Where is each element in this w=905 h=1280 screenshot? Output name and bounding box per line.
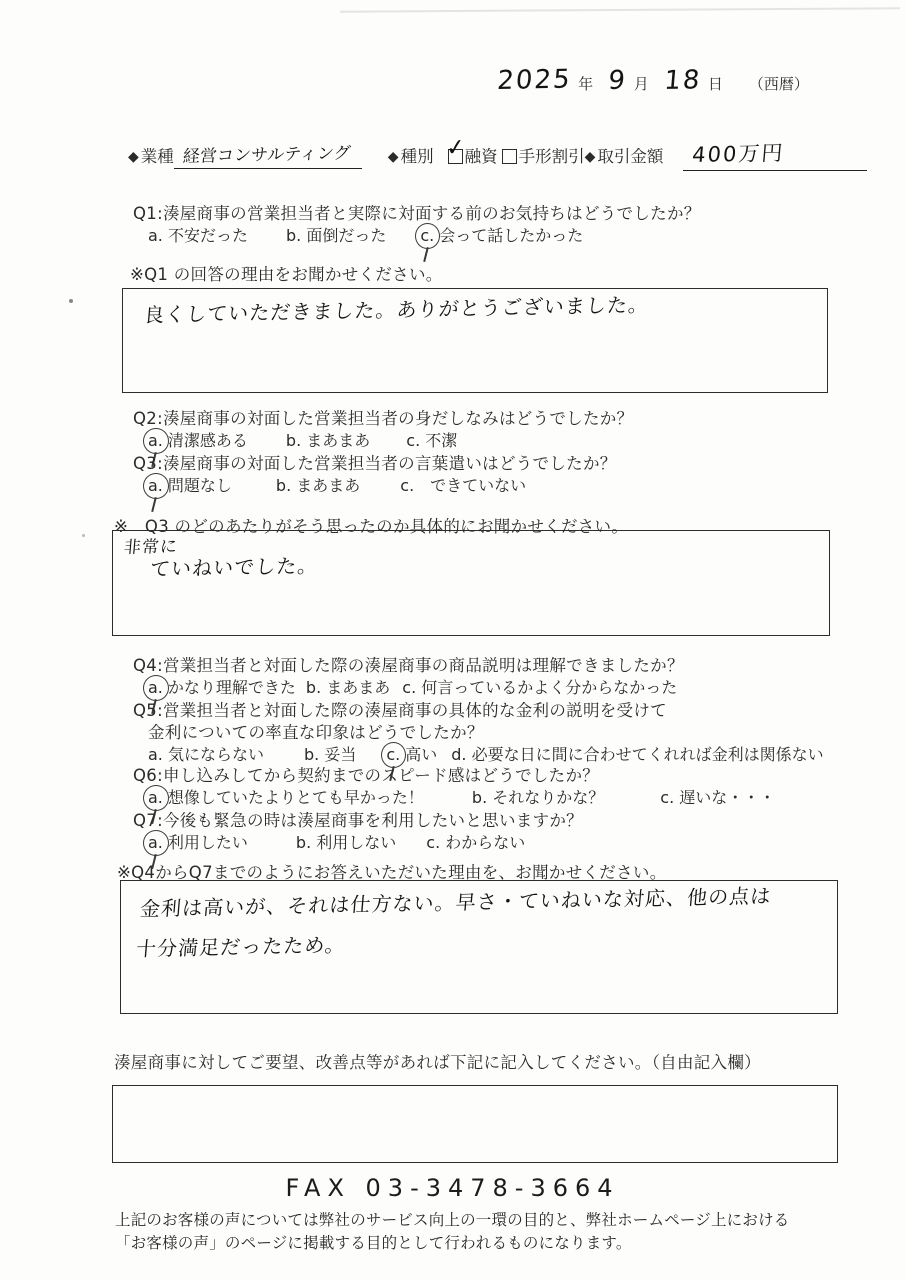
industry-label: 業種 <box>141 143 174 167</box>
option-q3-b: b. まあまあ <box>276 473 360 496</box>
option-q2-c: c. 不潔 <box>406 428 457 451</box>
question-q5-text-line2: 金利についての率直な印象はどうでしたか？ <box>148 719 484 743</box>
loan-option-label: 融資 <box>465 143 498 167</box>
option-label: 想像していたよりとても早かった！ <box>168 788 424 807</box>
footer-note-line2: 「お客様の声」のページに掲載する目的として行われるものになります。 <box>115 1231 632 1253</box>
amount-label: 取引金額 <box>597 143 663 167</box>
scan-noise-dot <box>69 299 73 303</box>
option-key: c. <box>426 833 440 852</box>
option-label: それなりかな？ <box>492 788 604 807</box>
question-q7-text: Q7:今後も緊急の時は湊屋商事を利用したいと思いますか？ <box>133 807 583 831</box>
checkbox-bill-discount-unchecked <box>502 149 517 164</box>
q4-q7-reason-handwritten-line1: 金利は高いが、それは仕方ない。早さ・ていねいな対応、他の点は <box>139 880 773 922</box>
scan-artifact-line <box>340 7 900 12</box>
handwritten-answer-circle: a. <box>143 830 169 856</box>
checkbox-loan-checked: ✓ <box>448 149 463 164</box>
option-label: できていない <box>430 476 526 495</box>
option-label: 利用したい <box>168 833 248 852</box>
option-key: b. <box>296 833 311 852</box>
option-q7-a-selected: a.利用したい <box>148 830 248 853</box>
option-q1-c-selected: c.会って話したかった <box>420 223 583 246</box>
question-q1-options: a. 不安だった b. 面倒だった c.会って話したかった <box>148 223 583 246</box>
footer-note-line1: 上記のお客様の声については弊社のサービス向上の一環の目的と、弊社ホームページ上に… <box>115 1208 789 1230</box>
bill-discount-option-label: 手形割引 <box>519 143 585 167</box>
amount-field: 400万円 <box>683 139 867 171</box>
option-q4-b: b. まあまあ <box>306 675 390 698</box>
option-label: 遅いな・・・ <box>679 788 775 807</box>
q4-q7-reason-handwritten-line2: 十分満足だったため。 <box>135 929 347 962</box>
option-key: b. <box>306 678 321 697</box>
question-q4-text: Q4:営業担当者と対面した際の湊屋商事の商品説明は理解できましたか？ <box>133 652 684 676</box>
free-comment-answer-box <box>112 1085 838 1163</box>
option-label: まあまあ <box>326 678 390 697</box>
option-key: c. <box>660 788 674 807</box>
question-q5-text-line1: Q5:営業担当者と対面した際の湊屋商事の具体的な金利の説明を受けて <box>133 697 667 721</box>
option-q2-a-selected: a.清潔感ある <box>148 428 248 451</box>
q1-reason-answer-box: 良くしていただきました。ありがとうございました。 <box>122 288 828 393</box>
q1-reason-prompt: ※Q1 の回答の理由をお聞かせください。 <box>130 261 443 285</box>
question-q2-options: a.清潔感ある b. まあまあ c. 不潔 <box>148 428 457 451</box>
option-key: b. <box>286 226 301 245</box>
question-q1-text: Q1:湊屋商事の営業担当者と実際に対面する前のお気持ちはどうでしたか？ <box>133 200 701 224</box>
option-q6-b: b. それなりかな？ <box>472 785 604 808</box>
option-label: 面倒だった <box>306 226 386 245</box>
option-key: c. <box>400 476 414 495</box>
question-q2-text: Q2:湊屋商事の対面した営業担当者の身だしなみはどうでしたか？ <box>133 405 633 429</box>
option-label: 不潔 <box>425 431 457 450</box>
option-key: b. <box>472 788 487 807</box>
option-q6-a-selected: a.想像していたよりとても早かった！ <box>148 785 424 808</box>
question-q4-options: a.かなり理解できた b. まあまあ c. 何言っているかよく分からなかった <box>148 675 677 698</box>
option-label: かなり理解できた <box>168 678 296 697</box>
date-row: 2025 年 9 月 18 日 （西暦） <box>496 66 823 96</box>
option-q1-b: b. 面倒だった <box>286 223 386 246</box>
option-q4-a-selected: a.かなり理解できた <box>148 675 296 698</box>
option-label: まあまあ <box>306 431 370 450</box>
diamond-icon: ◆ <box>388 149 399 165</box>
question-q6-options: a.想像していたよりとても早かった！ b. それなりかな？ c. 遅いな・・・ <box>148 785 775 808</box>
q4-q7-reason-answer-box: 金利は高いが、それは仕方ない。早さ・ていねいな対応、他の点は 十分満足だったため… <box>120 880 838 1014</box>
date-month-handwritten: 9 <box>607 66 628 96</box>
option-key: c. <box>402 678 416 697</box>
option-label: 清潔感ある <box>168 431 248 450</box>
question-q3-options: a.問題なし b. まあまあ c. できていない <box>148 473 526 496</box>
question-q7-options: a.利用したい b. 利用しない c. わからない <box>148 830 525 853</box>
free-comment-prompt: 湊屋商事に対してご要望、改善点等があれば下記に記入してください。（自由記入欄） <box>114 1049 761 1073</box>
question-q3-text: Q3:湊屋商事の対面した営業担当者の言葉遣いはどうでしたか？ <box>133 450 617 474</box>
option-q3-c: c. できていない <box>400 473 526 496</box>
option-q7-b: b. 利用しない <box>296 830 396 853</box>
q3-reason-handwritten-line2: ていねいでした。 <box>149 549 320 582</box>
option-key: c. <box>406 431 420 450</box>
field-row: ◆ 業種 経営コンサルティング ◆ 種別 ✓ 融資 手形割引 ◆ 取引金額 40… <box>128 139 867 171</box>
option-label: まあまあ <box>296 476 360 495</box>
q3-reason-answer-box: 非常に ていねいでした。 <box>112 530 830 636</box>
option-q1-a: a. 不安だった <box>148 223 248 246</box>
option-label: わからない <box>445 833 525 852</box>
option-label: 不安だった <box>168 226 248 245</box>
option-label: 問題なし <box>168 476 232 495</box>
option-label: 利用しない <box>316 833 396 852</box>
option-key: a. <box>148 226 163 245</box>
handwritten-answer-circle: a. <box>143 473 169 499</box>
date-year-label: 年 <box>578 73 593 94</box>
option-q7-c: c. わからない <box>426 830 525 853</box>
scan-noise-dot <box>82 534 85 537</box>
scanned-survey-form: 2025 年 9 月 18 日 （西暦） ◆ 業種 経営コンサルティング ◆ 種… <box>0 0 905 1280</box>
diamond-icon: ◆ <box>128 149 139 165</box>
fax-number: FAX 03-3478-3664 <box>0 1174 905 1202</box>
option-label: 会って話したかった <box>439 226 583 245</box>
amount-value-handwritten: 400万円 <box>691 137 786 169</box>
option-key: b. <box>286 431 301 450</box>
q1-reason-handwritten: 良くしていただきました。ありがとうございました。 <box>143 288 650 328</box>
option-q3-a-selected: a.問題なし <box>148 473 232 496</box>
option-label: 何言っているかよく分からなかった <box>421 678 677 697</box>
date-day-label: 日 <box>708 73 723 94</box>
diamond-icon: ◆ <box>585 149 596 165</box>
date-month-label: 月 <box>634 73 649 94</box>
option-key: b. <box>276 476 291 495</box>
option-q2-b: b. まあまあ <box>286 428 370 451</box>
option-q6-c: c. 遅いな・・・ <box>660 785 775 808</box>
industry-value-handwritten: 経営コンサルティング <box>182 138 352 167</box>
category-label: 種別 <box>401 143 434 167</box>
date-day-handwritten: 18 <box>663 65 703 96</box>
handwritten-answer-circle: c. <box>415 223 440 249</box>
industry-field: 経営コンサルティング <box>174 142 362 169</box>
option-q4-c: c. 何言っているかよく分からなかった <box>402 675 677 698</box>
question-q6-text: Q6:申し込みしてから契約までのスピード感はどうでしたか？ <box>133 762 599 786</box>
calendar-note: （西暦） <box>749 73 809 94</box>
date-year-handwritten: 2025 <box>496 64 573 96</box>
checkmark-icon: ✓ <box>444 134 466 162</box>
